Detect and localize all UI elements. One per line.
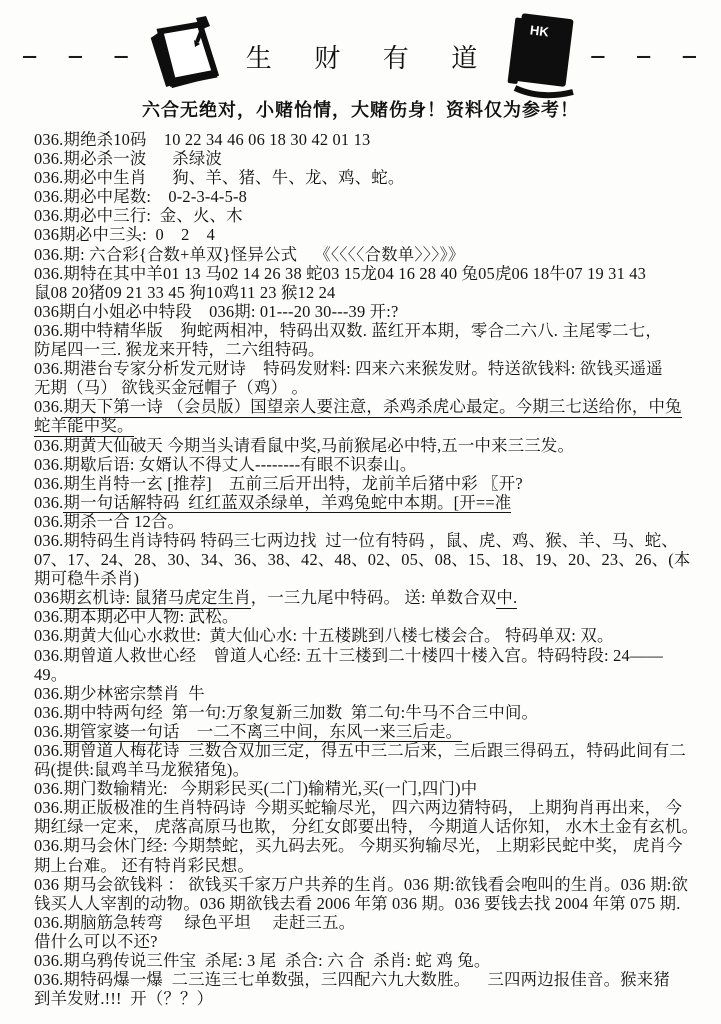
- tip-text-segment: 036.期马会休门经: 今期禁蛇，买九码去死。 今期买狗输尽光， 上期彩民蛇中奖…: [34, 836, 683, 855]
- tip-line: 036.期特码爆一爆 二三连三七单数强，三四配六九大数胜。 三四两边报佳音。猴来…: [34, 970, 703, 989]
- tip-text-segment: 036.期特码生肖诗特码 特码三七两边找 过一位有特码 ，鼠、虎、鸡、猴、羊、马…: [34, 531, 678, 550]
- tip-text-segment: 036.期特在其中羊01 13 马02 14 26 38 蛇03 15龙04 1…: [34, 264, 646, 283]
- tip-text-segment: 036.期歇后语: 女婿认不得丈人--------有眼不识泰山。: [34, 455, 416, 474]
- tip-text-segment: 036.期少林密宗禁肖 牛: [34, 684, 205, 703]
- tip-text-segment: ，一三九尾中特码。 送: 单数合双: [251, 588, 497, 607]
- tip-text-segment: 036.期: 六合彩{合数+单双}怪异公式 《〈〈〈〈合数单〉〉〉》》: [34, 245, 464, 264]
- left-dashes: — — — —: [0, 47, 130, 66]
- tip-line: 036.期杀一合 12合。: [34, 512, 703, 531]
- tip-text-segment: 036.期正版极准的生肖特码诗 今期买蛇输尽光， 四六两边猜特码， 上期狗肖再出…: [34, 798, 682, 817]
- tip-line: 期上台难。 还有特肖彩民想。: [34, 856, 703, 875]
- tip-line: 036.期: 六合彩{合数+单双}怪异公式 《〈〈〈〈合数单〉〉〉》》: [34, 245, 703, 264]
- tip-text-segment: 036 期马会欲钱料 ： 欲钱买千家万户共养的生肖。036 期:欲钱看会咆叫的生…: [34, 875, 688, 894]
- tip-text-segment: 036.期绝杀10码 10 22 34 46 06 18 30 42 01 13: [34, 130, 370, 149]
- book-pen-icon: [140, 14, 222, 98]
- tip-line: 49。: [34, 665, 703, 684]
- tip-text-segment: 期上台难。 还有特肖彩民想。: [34, 856, 254, 875]
- tip-text-segment: 036期白小姐必中特段 036期: 01---20 30---39 开:?: [34, 302, 398, 321]
- tip-line: 07、17、24、28、30、34、36、38、42、48、02、05、08、1…: [34, 550, 703, 569]
- tip-text-segment: 无期（马） 欲钱买金冠帽子（鸡） 。: [34, 378, 308, 397]
- tip-line: 036.期少林密宗禁肖 牛: [34, 684, 703, 703]
- tip-text-segment: 49。: [34, 665, 67, 684]
- tip-text-segment: 036.期必中尾数: 0-2-3-4-5-8: [34, 187, 247, 206]
- tip-line: 036.期港台专家分析发元财诗 特码发财料: 四来六来猴发财。特送欲钱料: 欲钱…: [34, 359, 703, 378]
- tip-line: 036.期歇后语: 女婿认不得丈人--------有眼不识泰山。: [34, 455, 703, 474]
- tip-line: 036.期必中三行: 金、火、木: [34, 206, 703, 225]
- tip-text-segment: 036.期必中三行: 金、火、木: [34, 206, 243, 225]
- lottery-tip-sheet-page: — — — — 生 财 有 道 HK: [0, 0, 721, 1024]
- tip-text-segment: 鼠08 20猪09 21 33 45 狗10鸡11 23 猴12 24: [34, 283, 335, 302]
- tip-line: 036.期管家婆一句话 一二不离三中间，东风一来三后走。: [34, 722, 703, 741]
- tip-text-segment: 036: [34, 588, 59, 607]
- tip-text-segment: 期可稳牛杀肖): [34, 569, 139, 588]
- tip-text-segment: 期天下第一诗 （会员版）国望亲人要注意，杀鸡杀虎心最定。今期三七送给你，中兔: [63, 397, 681, 418]
- tip-line: 036.期曾道人救世心经 曾道人心经: 五十三楼到二十楼四十楼入宫。特码特段: …: [34, 646, 703, 665]
- tip-text-segment: 036.期特码爆一爆 二三连三七单数强，三四配六九大数胜。 三四两边报佳音。猴来…: [34, 970, 670, 989]
- tip-line: 036.期乌鸦传说三件宝 杀尾: 3 尾 杀合: 六 合 杀肖: 蛇 鸡 兔。: [34, 951, 703, 970]
- tip-text-segment: 036.期黄大仙破天 今期当头请看鼠中奖,马前猴尾必中特,五一中来三三发。: [34, 436, 574, 455]
- tip-line: 036.期绝杀10码 10 22 34 46 06 18 30 42 01 13: [34, 130, 703, 149]
- hk-book-label: HK: [529, 22, 550, 39]
- tip-line: 036.期必中生肖 狗、羊、猪、牛、龙、鸡、蛇。: [34, 168, 703, 187]
- tip-text-segment: 钱买人人宰割的动物。036 期欲钱去看 2006 年第 036 期。036 要钱…: [34, 894, 681, 913]
- tip-text-segment: 036.期乌鸦传说三件宝 杀尾: 3 尾 杀合: 六 合 杀肖: 蛇 鸡 兔。: [34, 951, 490, 970]
- tip-line: 期红绿一定来， 虎落高原马也欺， 分红女郎要出特， 今期道人话你知， 水木土金有…: [34, 817, 703, 836]
- tip-text-segment: 036.期曾道人梅花诗 三数合双加三定，得五中三二后来，三后跟三得码五，特码此间…: [34, 741, 686, 760]
- page-title: 生 财 有 道: [246, 38, 496, 75]
- tip-line: 036.期黄大仙心水救世: 黄大仙心水: 十五楼跳到八楼七楼会合。 特码单双: …: [34, 626, 703, 645]
- tip-line: 036.期正版极准的生肖特码诗 今期买蛇输尽光， 四六两边猜特码， 上期狗肖再出…: [34, 798, 703, 817]
- tip-text-segment: 036.期杀一合 12合。: [34, 512, 184, 531]
- tip-text-segment: 防尾四一三. 猴龙来开特，二六组特码。: [34, 340, 325, 359]
- tip-line: 036 期马会欲钱料 ： 欲钱买千家万户共养的生肖。036 期:欲钱看会咆叫的生…: [34, 875, 703, 894]
- tip-text-segment: 借什么可以不还?: [34, 932, 158, 951]
- tip-line: 036.期马会休门经: 今期禁蛇，买九码去死。 今期买狗输尽光， 上期彩民蛇中奖…: [34, 836, 703, 855]
- tip-text-segment: 036.: [34, 397, 63, 416]
- masthead: — — — — 生 财 有 道 HK: [0, 10, 721, 102]
- tip-line: 036.期本期必中人物: 武松。: [34, 607, 703, 626]
- tip-text-segment: 到羊发财.!!! 开（？？）: [34, 989, 213, 1008]
- tip-text-segment: 036.期脑筋急转弯 绿色平坦 走赶三五。: [34, 913, 355, 932]
- tip-line: 036.期必杀一波 杀绿波: [34, 149, 703, 168]
- tip-text-segment: 036.: [34, 722, 63, 741]
- tip-line: 防尾四一三. 猴龙来开特，二六组特码。: [34, 340, 703, 359]
- tip-text-segment: 036.期中特两句经 第一句:万象复新三加数 第二句:牛马不合三中间。: [34, 703, 538, 722]
- tip-text-segment: 036.期黄大仙心水救世: 黄大仙心水: 十五楼跳到八楼七楼会合。 特码单双: …: [34, 626, 614, 645]
- tip-line: 036.期门数输精光: 今期彩民买(二门)输精光,买(一门,四门)中: [34, 779, 703, 798]
- tip-line: 036.期中特精华版 狗蛇两相冲，特码出双数. 蓝红开本期，零合二六八. 主尾零…: [34, 321, 703, 340]
- tip-line: 码(提供:鼠鸡羊马龙猴猪兔)。: [34, 760, 703, 779]
- hk-book-icon: HK: [505, 12, 581, 100]
- tip-line: 036.期必中尾数: 0-2-3-4-5-8: [34, 187, 703, 206]
- tip-line: 钱买人人宰割的动物。036 期欲钱去看 2006 年第 036 期。036 要钱…: [34, 894, 703, 913]
- tip-line: 036.期天下第一诗 （会员版）国望亲人要注意，杀鸡杀虎心最定。今期三七送给你，…: [34, 397, 703, 416]
- tip-text-segment: 036.期本期必中人物: 武松。: [34, 607, 238, 626]
- tip-text-segment: 036.期必中生肖 狗、羊、猪、牛、龙、鸡、蛇。: [34, 168, 405, 187]
- tip-text-segment: 036.期门数输精光: 今期彩民买(二门)输精光,买(一门,四门)中: [34, 779, 477, 798]
- tip-line: 036.期一句话解特码 红红蓝双杀绿单，羊鸡兔蛇中本期。[开==准: [34, 493, 703, 512]
- tip-text-segment: 期一句话解特码 红红蓝双杀绿单，羊鸡兔蛇中本期。[开==准: [63, 493, 511, 514]
- tip-line: 036.期特在其中羊01 13 马02 14 26 38 蛇03 15龙04 1…: [34, 264, 703, 283]
- tip-text-segment: 036.期生肖特一玄 [推荐] 五前三后开出特，龙前羊后猪中彩 〖开?: [34, 474, 523, 493]
- tip-text-segment: 036.期中特精华版 狗蛇两相冲，特码出双数. 蓝红开本期，零合二六八. 主尾零…: [34, 321, 662, 340]
- tip-text-segment: 07、17、24、28、30、34、36、38、42、48、02、05、08、1…: [34, 550, 691, 569]
- tip-text-segment: 期红绿一定来， 虎落高原马也欺， 分红女郎要出特， 今期道人话你知， 水木土金有…: [34, 817, 698, 836]
- tip-text-segment: 蛇羊能中奖。: [34, 416, 134, 437]
- tip-text-segment: 码(提供:鼠鸡羊马龙猴猪兔)。: [34, 760, 249, 779]
- tip-text-segment: 036.期必杀一波 杀绿波: [34, 149, 222, 168]
- tip-line: 鼠08 20猪09 21 33 45 狗10鸡11 23 猴12 24: [34, 283, 703, 302]
- right-dashes: — — — —: [591, 47, 721, 66]
- tip-text-segment: 中.: [496, 588, 517, 609]
- tip-line: 036期白小姐必中特段 036期: 01---20 30---39 开:?: [34, 302, 703, 321]
- tip-text-segment: 036.期港台专家分析发元财诗 特码发财料: 四来六来猴发财。特送欲钱料: 欲钱…: [34, 359, 663, 378]
- tip-line: 036.期脑筋急转弯 绿色平坦 走赶三五。: [34, 913, 703, 932]
- tip-text-segment: 036.期曾道人救世心经 曾道人心经: 五十三楼到二十楼四十楼入宫。特码特段: …: [34, 646, 663, 665]
- tip-line: 036.期曾道人梅花诗 三数合双加三定，得五中三二后来，三后跟三得码五，特码此间…: [34, 741, 703, 760]
- tip-text-segment: 036期必中三头: 0 2 4: [34, 225, 215, 244]
- tip-text-segment: 期管家婆一句话 一二不离三中间，东风一来三后走。: [63, 722, 462, 743]
- tip-line: 借什么可以不还?: [34, 932, 703, 951]
- tip-line: 036.期黄大仙破天 今期当头请看鼠中奖,马前猴尾必中特,五一中来三三发。: [34, 436, 703, 455]
- tip-line: 无期（马） 欲钱买金冠帽子（鸡） 。: [34, 378, 703, 397]
- tip-line: 蛇羊能中奖。: [34, 416, 703, 435]
- tip-line: 036期必中三头: 0 2 4: [34, 225, 703, 244]
- slogan: 六合无绝对，小赌怡情，大赌伤身！资料仅为参考！: [0, 96, 721, 122]
- tip-line: 期可稳牛杀肖): [34, 569, 703, 588]
- tip-line: 036.期特码生肖诗特码 特码三七两边找 过一位有特码 ，鼠、虎、鸡、猴、羊、马…: [34, 531, 703, 550]
- tip-line: 036.期生肖特一玄 [推荐] 五前三后开出特，龙前羊后猪中彩 〖开?: [34, 474, 703, 493]
- tip-text-segment: 期玄机诗: 鼠猪马虎定生肖: [59, 588, 251, 609]
- tip-line: 036.期中特两句经 第一句:万象复新三加数 第二句:牛马不合三中间。: [34, 703, 703, 722]
- tip-text-segment: 036.: [34, 493, 63, 512]
- tip-line: 036期玄机诗: 鼠猪马虎定生肖，一三九尾中特码。 送: 单数合双中.: [34, 588, 703, 607]
- tip-line: 到羊发财.!!! 开（？？）: [34, 989, 703, 1008]
- tips-list: 036.期绝杀10码 10 22 34 46 06 18 30 42 01 13…: [34, 130, 703, 1008]
